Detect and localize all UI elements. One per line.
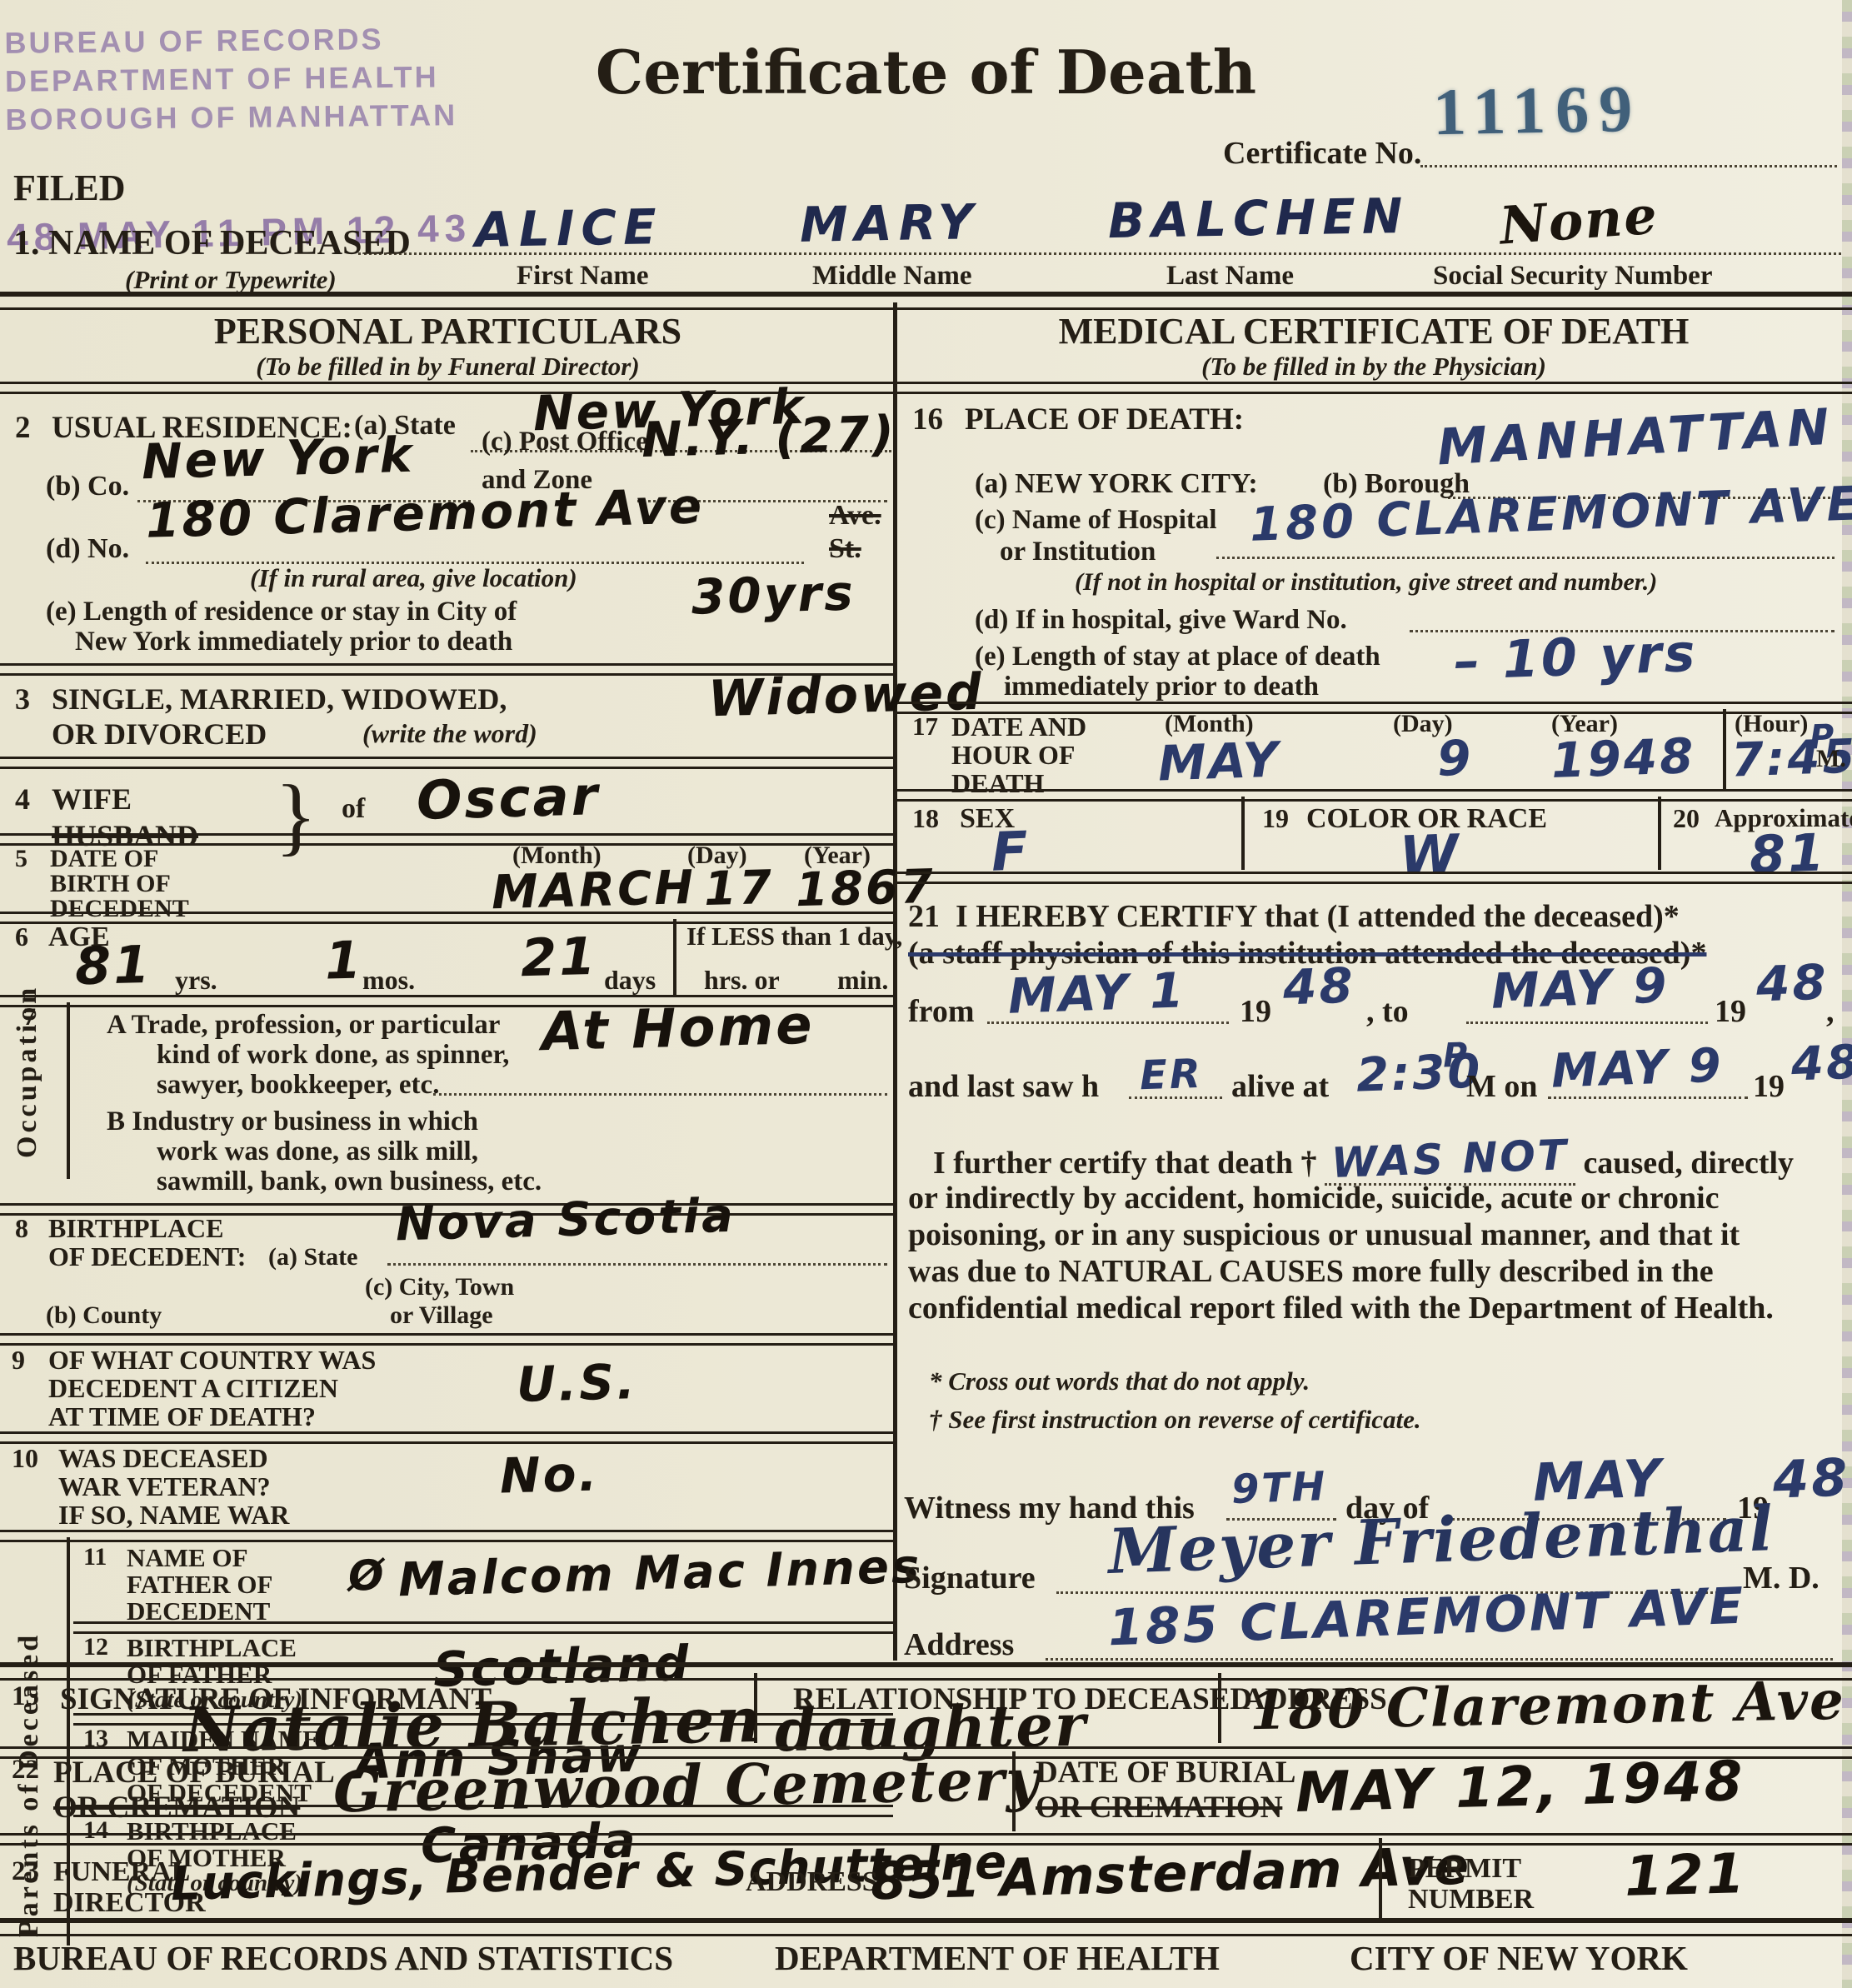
pod-stay-label2: immediately prior to death: [1004, 672, 1319, 702]
certify-further-line3: poisoning, or in any suspicious or unusu…: [908, 1216, 1740, 1253]
occupation-b3: sawmill, bank, own business, etc.: [157, 1166, 542, 1197]
residence-po-value: N.Y. (27): [641, 405, 897, 468]
age-days-label: days: [604, 965, 656, 996]
veteran-label1: WAS DECEASED: [58, 1443, 268, 1474]
birthplace-county-label: (b) County: [46, 1301, 162, 1330]
left-section-title: PERSONAL PARTICULARS: [0, 310, 896, 352]
certify-saw-year: 48: [1790, 1036, 1852, 1092]
father-birthplace-label1: BIRTHPLACE: [127, 1633, 297, 1663]
marital-label1: SINGLE, MARRIED, WIDOWED,: [52, 682, 507, 717]
marital-number: 3: [15, 682, 30, 717]
witness-year-value: 48: [1772, 1446, 1851, 1510]
certify-to-year: 48: [1755, 954, 1830, 1013]
age-months-value: 1: [324, 929, 364, 991]
certify-yr2: 19: [1715, 993, 1746, 1030]
age-cell-divider: [673, 919, 676, 995]
veteran-value: No.: [499, 1445, 600, 1504]
rule: [73, 1621, 893, 1634]
pod-hospital-label2: or Institution: [1000, 537, 1156, 567]
birthplace-state-label: (a) State: [268, 1243, 357, 1271]
occupation-vertical-label: Occupation: [12, 1033, 43, 1158]
veteran-number: 10: [12, 1443, 38, 1474]
first-name-label: First Name: [517, 261, 649, 292]
rule: [0, 1431, 893, 1444]
marital-value: Widowed: [707, 663, 985, 729]
further-text1: I further certify that death †: [933, 1146, 1316, 1181]
certify-yr1: 19: [1240, 993, 1271, 1030]
certify-saw-m: M on: [1466, 1068, 1538, 1105]
informant-divider2: [1218, 1673, 1221, 1743]
certify-saw-label: and last saw h: [908, 1068, 1099, 1105]
age-min-label: min.: [837, 965, 888, 996]
age-years-value: 81: [74, 934, 152, 996]
pod-stay-value: – 10 yrs: [1453, 622, 1699, 692]
rule: [0, 1530, 893, 1542]
permit-label2: NUMBER: [1408, 1884, 1534, 1916]
footer-department: DEPARTMENT OF HEALTH: [775, 1938, 1220, 1978]
section-divider-rule: [0, 292, 1852, 310]
birthdate-label1: DATE OF: [50, 845, 158, 873]
certify-further-line5: confidential medical report filed with t…: [908, 1290, 1774, 1326]
middle-name-value: MARY: [799, 193, 980, 253]
veteran-label3: IF SO, NAME WAR: [58, 1500, 289, 1531]
informant-number: 15: [12, 1681, 39, 1712]
name-row-number: 1.: [13, 224, 40, 262]
signature-label: Signature: [904, 1560, 1036, 1596]
dod-m-label: M.: [1816, 745, 1846, 773]
pod-stay-label1: (e) Length of stay at place of death: [975, 642, 1380, 672]
residence-ave-label: Ave.: [829, 500, 881, 532]
burial-place-value: Greenwood Cemetery: [332, 1747, 1041, 1826]
residence-county-label: (b) Co.: [46, 471, 129, 502]
birthplace-city-label2: or Village: [390, 1301, 493, 1330]
dotted-line: [1216, 530, 1835, 559]
footer-bureau: BUREAU OF RECORDS AND STATISTICS: [13, 1938, 673, 1978]
pod-label: PLACE OF DEATH:: [965, 402, 1244, 437]
spouse-number: 4: [15, 782, 30, 817]
footer-city: CITY OF NEW YORK: [1350, 1938, 1688, 1978]
pod-number: 16: [912, 402, 943, 437]
dotted-line: [433, 1068, 887, 1096]
rule: [897, 789, 1852, 802]
father-name-value: Malcom Mac Innes: [397, 1540, 922, 1607]
citizenship-label2: DECEDENT A CITIZEN: [48, 1373, 338, 1404]
footer-rule: [0, 1918, 1852, 1936]
citizenship-label1: OF WHAT COUNTRY WAS: [48, 1345, 376, 1376]
right-section-title: MEDICAL CERTIFICATE OF DEATH: [896, 310, 1852, 352]
occupation-b1: B Industry or business in which: [107, 1106, 478, 1137]
certify-from-year: 48: [1282, 957, 1356, 1016]
residence-po-label1: (c) Post Office: [482, 427, 648, 457]
certify-line1-text: I HEREBY CERTIFY that (I attended the de…: [956, 899, 1680, 934]
occupation-a-value: At Home: [541, 995, 815, 1064]
birthplace-city-label1: (c) City, Town: [365, 1273, 514, 1301]
dod-label2: HOUR OF: [951, 740, 1075, 771]
residence-no-label: (d) No.: [46, 533, 129, 565]
rule: [0, 757, 893, 769]
age-months-label: mos.: [362, 965, 415, 996]
pod-nyc-label: (a) NEW YORK CITY:: [975, 468, 1258, 500]
residence-rural-note: (If in rural area, give location): [250, 563, 577, 593]
certificate-number-line: [1420, 132, 1837, 167]
race-number: 19: [1262, 803, 1289, 834]
approx-age-number: 20: [1673, 803, 1700, 834]
footnote-cross-out: * Cross out words that do not apply.: [929, 1366, 1310, 1396]
permit-label1: PERMIT: [1408, 1853, 1521, 1885]
ssn-value: None: [1498, 184, 1660, 256]
occupation-divider: [67, 1002, 70, 1179]
burial-date-label2-struck: OR CREMATION: [1036, 1790, 1282, 1826]
left-section-subtitle: (To be filled in by Funeral Director): [0, 352, 896, 382]
certify-yr3: 19: [1753, 1068, 1785, 1105]
spouse-value: Oscar: [416, 766, 601, 832]
dod-hour-divider: [1723, 709, 1726, 789]
pod-hospital-note: (If not in hospital or institution, give…: [1075, 568, 1657, 597]
middle-name-label: Middle Name: [812, 261, 972, 292]
name-row-hint: (Print or Typewrite): [125, 265, 337, 295]
residence-length-label2: New York immediately prior to death: [75, 627, 512, 657]
certify-further-line2: or indirectly by accident, homicide, sui…: [908, 1180, 1720, 1216]
burial-divider: [1012, 1751, 1016, 1831]
residence-length-value: 30yrs: [691, 564, 856, 625]
father-name-label1: NAME OF: [127, 1543, 248, 1573]
first-name-value: ALICE: [474, 198, 663, 258]
father-birthplace-number: 12: [83, 1633, 108, 1661]
rule: [897, 382, 1852, 394]
witness-day-value: 9TH: [1231, 1463, 1328, 1513]
funeral-address-label: ADDRESS: [746, 1866, 878, 1898]
certify-from-value: MAY 1: [1007, 962, 1187, 1024]
certify-saw-alive: alive at: [1231, 1068, 1329, 1105]
spouse-wife-label: WIFE: [52, 782, 132, 817]
occupation-a3: sawyer, bookkeeper, etc.: [157, 1070, 439, 1101]
rule: [897, 872, 1852, 884]
occupation-a2: kind of work done, as spinner,: [157, 1040, 509, 1071]
burial-number: 22: [12, 1755, 39, 1786]
column-divider: [893, 302, 897, 1661]
was-not-underline: WAS NOT: [1325, 1135, 1575, 1186]
rule: [0, 833, 893, 846]
dod-month-value: MAY: [1157, 731, 1281, 792]
certify-was-not: WAS NOT: [1330, 1131, 1570, 1187]
citizenship-number: 9: [12, 1345, 25, 1376]
marital-hint: (write the word): [362, 718, 537, 749]
ssn-label: Social Security Number: [1433, 261, 1712, 292]
age-number: 6: [15, 922, 28, 952]
birthdate-number: 5: [15, 845, 27, 873]
certify-to-label: , to: [1366, 993, 1409, 1030]
certificate-number-label: Certificate No.: [1223, 135, 1421, 172]
dotted-line: [387, 1240, 887, 1266]
certify-line1: 21 I HEREBY CERTIFY that (I attended the…: [908, 898, 1680, 935]
certify-saw-date: MAY 9: [1550, 1038, 1725, 1098]
spouse-of-label: of: [342, 793, 365, 825]
occupation-b2: work was done, as silk mill,: [157, 1136, 478, 1167]
race-age-divider: [1658, 797, 1661, 870]
burial-date-label1: DATE OF BURIAL: [1036, 1755, 1295, 1791]
sex-race-divider: [1241, 797, 1245, 870]
footnote-see-reverse: † See first instruction on reverse of ce…: [929, 1405, 1421, 1435]
certify-to-value: MAY 9: [1490, 957, 1670, 1019]
dod-day-value: 9: [1436, 729, 1475, 787]
father-name-mark: Ø: [347, 1551, 387, 1600]
spouse-brace: }: [275, 765, 317, 866]
death-certificate-document: BUREAU OF RECORDS DEPARTMENT OF HEALTH B…: [0, 0, 1852, 1988]
dotted-line: [146, 528, 804, 564]
pod-hospital-label1: (c) Name of Hospital: [975, 505, 1217, 536]
sex-number: 18: [912, 803, 939, 834]
last-name-value: BALCHEN: [1107, 187, 1409, 249]
birthplace-label2: OF DECEDENT:: [48, 1241, 246, 1272]
certify-from-label: from: [908, 993, 975, 1030]
certify-comma: ,: [1826, 993, 1835, 1030]
citizenship-value: U.S.: [516, 1353, 638, 1413]
father-name-number: 11: [83, 1543, 107, 1571]
certify-further-line1: I further certify that death † WAS NOT c…: [933, 1135, 1794, 1186]
marital-label2: OR DIVORCED: [52, 717, 267, 752]
certify-further-line4: was due to NATURAL CAUSES more fully des…: [908, 1253, 1714, 1290]
burial-date-value: MAY 12, 1948: [1295, 1749, 1745, 1825]
age-years-label: yrs.: [175, 965, 217, 996]
rule: [0, 1333, 893, 1346]
further-text2: caused, directly: [1583, 1146, 1794, 1181]
permit-divider: [1379, 1838, 1382, 1918]
residence-st-label: St.: [829, 533, 861, 565]
age-hrs-label: hrs. or: [704, 965, 780, 996]
funeral-number: 23: [12, 1856, 39, 1887]
veteran-label2: WAR VETERAN?: [58, 1471, 271, 1502]
birthdate-label2: BIRTH OF: [50, 870, 171, 898]
residence-number: 2: [15, 410, 31, 446]
permit-number-value: 121: [1624, 1841, 1748, 1909]
name-row-label: NAME OF DECEASED: [48, 224, 411, 262]
filed-label: FILED: [13, 167, 125, 209]
citizenship-label3: AT TIME OF DEATH?: [48, 1401, 316, 1432]
birthplace-number: 8: [15, 1213, 28, 1244]
birthplace-label1: BIRTHPLACE: [48, 1213, 223, 1244]
certify-number: 21: [908, 899, 940, 934]
signature-md-label: M. D.: [1743, 1560, 1820, 1596]
burial-label1: PLACE OF BURIAL: [53, 1755, 335, 1791]
dod-number: 17: [912, 712, 938, 742]
birthdate-day-value: 17: [703, 861, 775, 917]
father-name-label2: FATHER OF: [127, 1570, 272, 1600]
dod-label1: DATE AND: [951, 712, 1086, 742]
age-less-note: If LESS than 1 day,: [686, 922, 902, 952]
occupation-a1: A Trade, profession, or particular: [107, 1010, 500, 1041]
certify-saw-er: ER: [1139, 1051, 1204, 1100]
pod-ward-label: (d) If in hospital, give Ward No.: [975, 605, 1347, 636]
last-name-label: Last Name: [1166, 261, 1294, 292]
name-of-deceased-label: 1. NAME OF DECEASED: [13, 223, 411, 263]
informant-address-value: 180 Claremont Ave: [1249, 1670, 1845, 1742]
residence-length-label1: (e) Length of residence or stay in City …: [46, 597, 517, 627]
burial-label2-struck: OR CREMATION: [53, 1790, 300, 1826]
right-section-subtitle: (To be filled in by the Physician): [896, 352, 1852, 382]
dod-year-value: 1948: [1550, 727, 1697, 789]
physician-address-label: Address: [904, 1626, 1014, 1663]
age-days-value: 21: [520, 926, 598, 988]
